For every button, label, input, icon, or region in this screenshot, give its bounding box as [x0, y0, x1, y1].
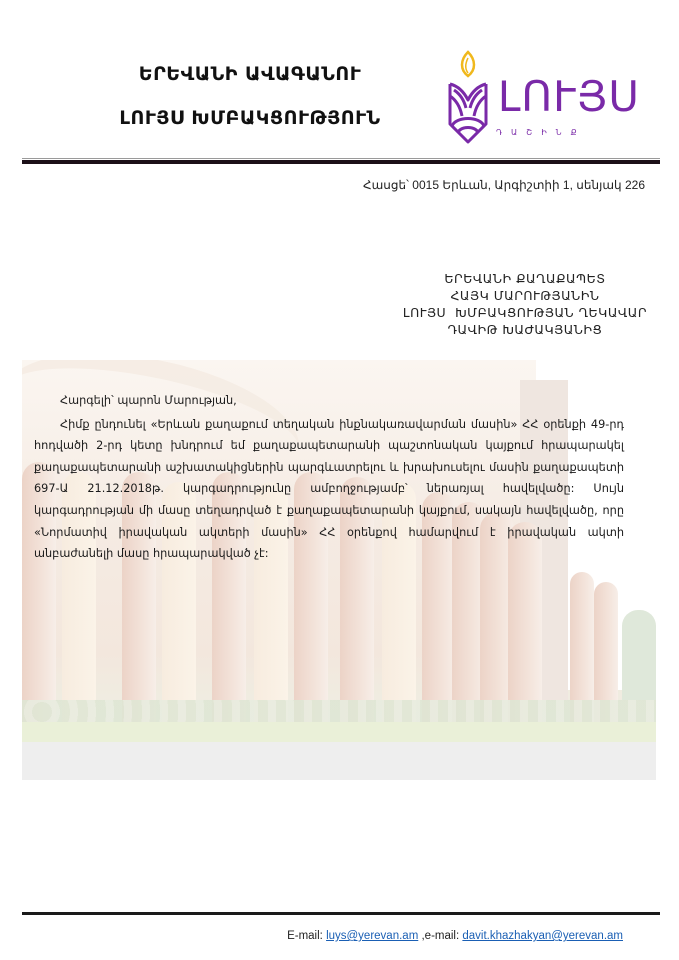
open-book-flame-icon: [446, 46, 496, 146]
email-label: E-mail:: [287, 930, 326, 942]
email-link-davit[interactable]: davit.khazhakyan@yerevan.am: [462, 930, 623, 942]
org-name-line-2: ԼՈՒՅՍ ԽՄԲԱԿՑՈՒԹՅՈՒՆ: [60, 107, 440, 129]
recipient-line: ԼՈՒՅՍ ԽՄԲԱԿՑՈՒԹՅԱՆ ՂԵԿԱՎԱՐ: [380, 304, 670, 321]
letter-content: Հարգելի՝ պարոն Մարության, Հիմք ընդունել …: [34, 390, 624, 565]
salutation: Հարգելի՝ պարոն Մարության,: [34, 390, 624, 412]
logo-wordmark: ԼՈՒՅՍ: [498, 76, 640, 118]
luys-logo: ԼՈՒՅՍ ԴԱՇԻՆՔ: [446, 46, 596, 146]
recipient-block: ԵՐԵՎԱՆԻ ՔԱՂԱՔԱՊԵՏ ՀԱՅԿ ՄԱՐՈՒԹՅԱՆԻՆ ԼՈՒՅՍ…: [380, 270, 670, 338]
org-name-line-1: ԵՐԵՎԱՆԻ ԱՎԱԳԱՆՈՒ: [60, 63, 440, 85]
footer-divider: [22, 912, 660, 915]
letter-body: Հիմք ընդունել «Երևան քաղաքում տեղական ին…: [34, 414, 624, 565]
email-separator: ,e-mail:: [418, 930, 462, 942]
footer-contacts: E-mail: luys@yerevan.am ,e-mail: davit.k…: [287, 930, 623, 942]
recipient-line: ՀԱՅԿ ՄԱՐՈՒԹՅԱՆԻՆ: [380, 287, 670, 304]
address-line: Հասցե՝ 0015 Երևան, Արգիշտիի 1, սենյակ 22…: [363, 178, 645, 192]
recipient-line: ԴԱՎԻԹ ԽԱԺԱԿՅԱՆԻՑ: [380, 321, 670, 338]
header-divider: [22, 158, 660, 164]
recipient-line: ԵՐԵՎԱՆԻ ՔԱՂԱՔԱՊԵՏ: [380, 270, 670, 287]
email-link-luys[interactable]: luys@yerevan.am: [326, 930, 418, 942]
logo-subtitle: ԴԱՇԻՆՔ: [496, 128, 594, 137]
